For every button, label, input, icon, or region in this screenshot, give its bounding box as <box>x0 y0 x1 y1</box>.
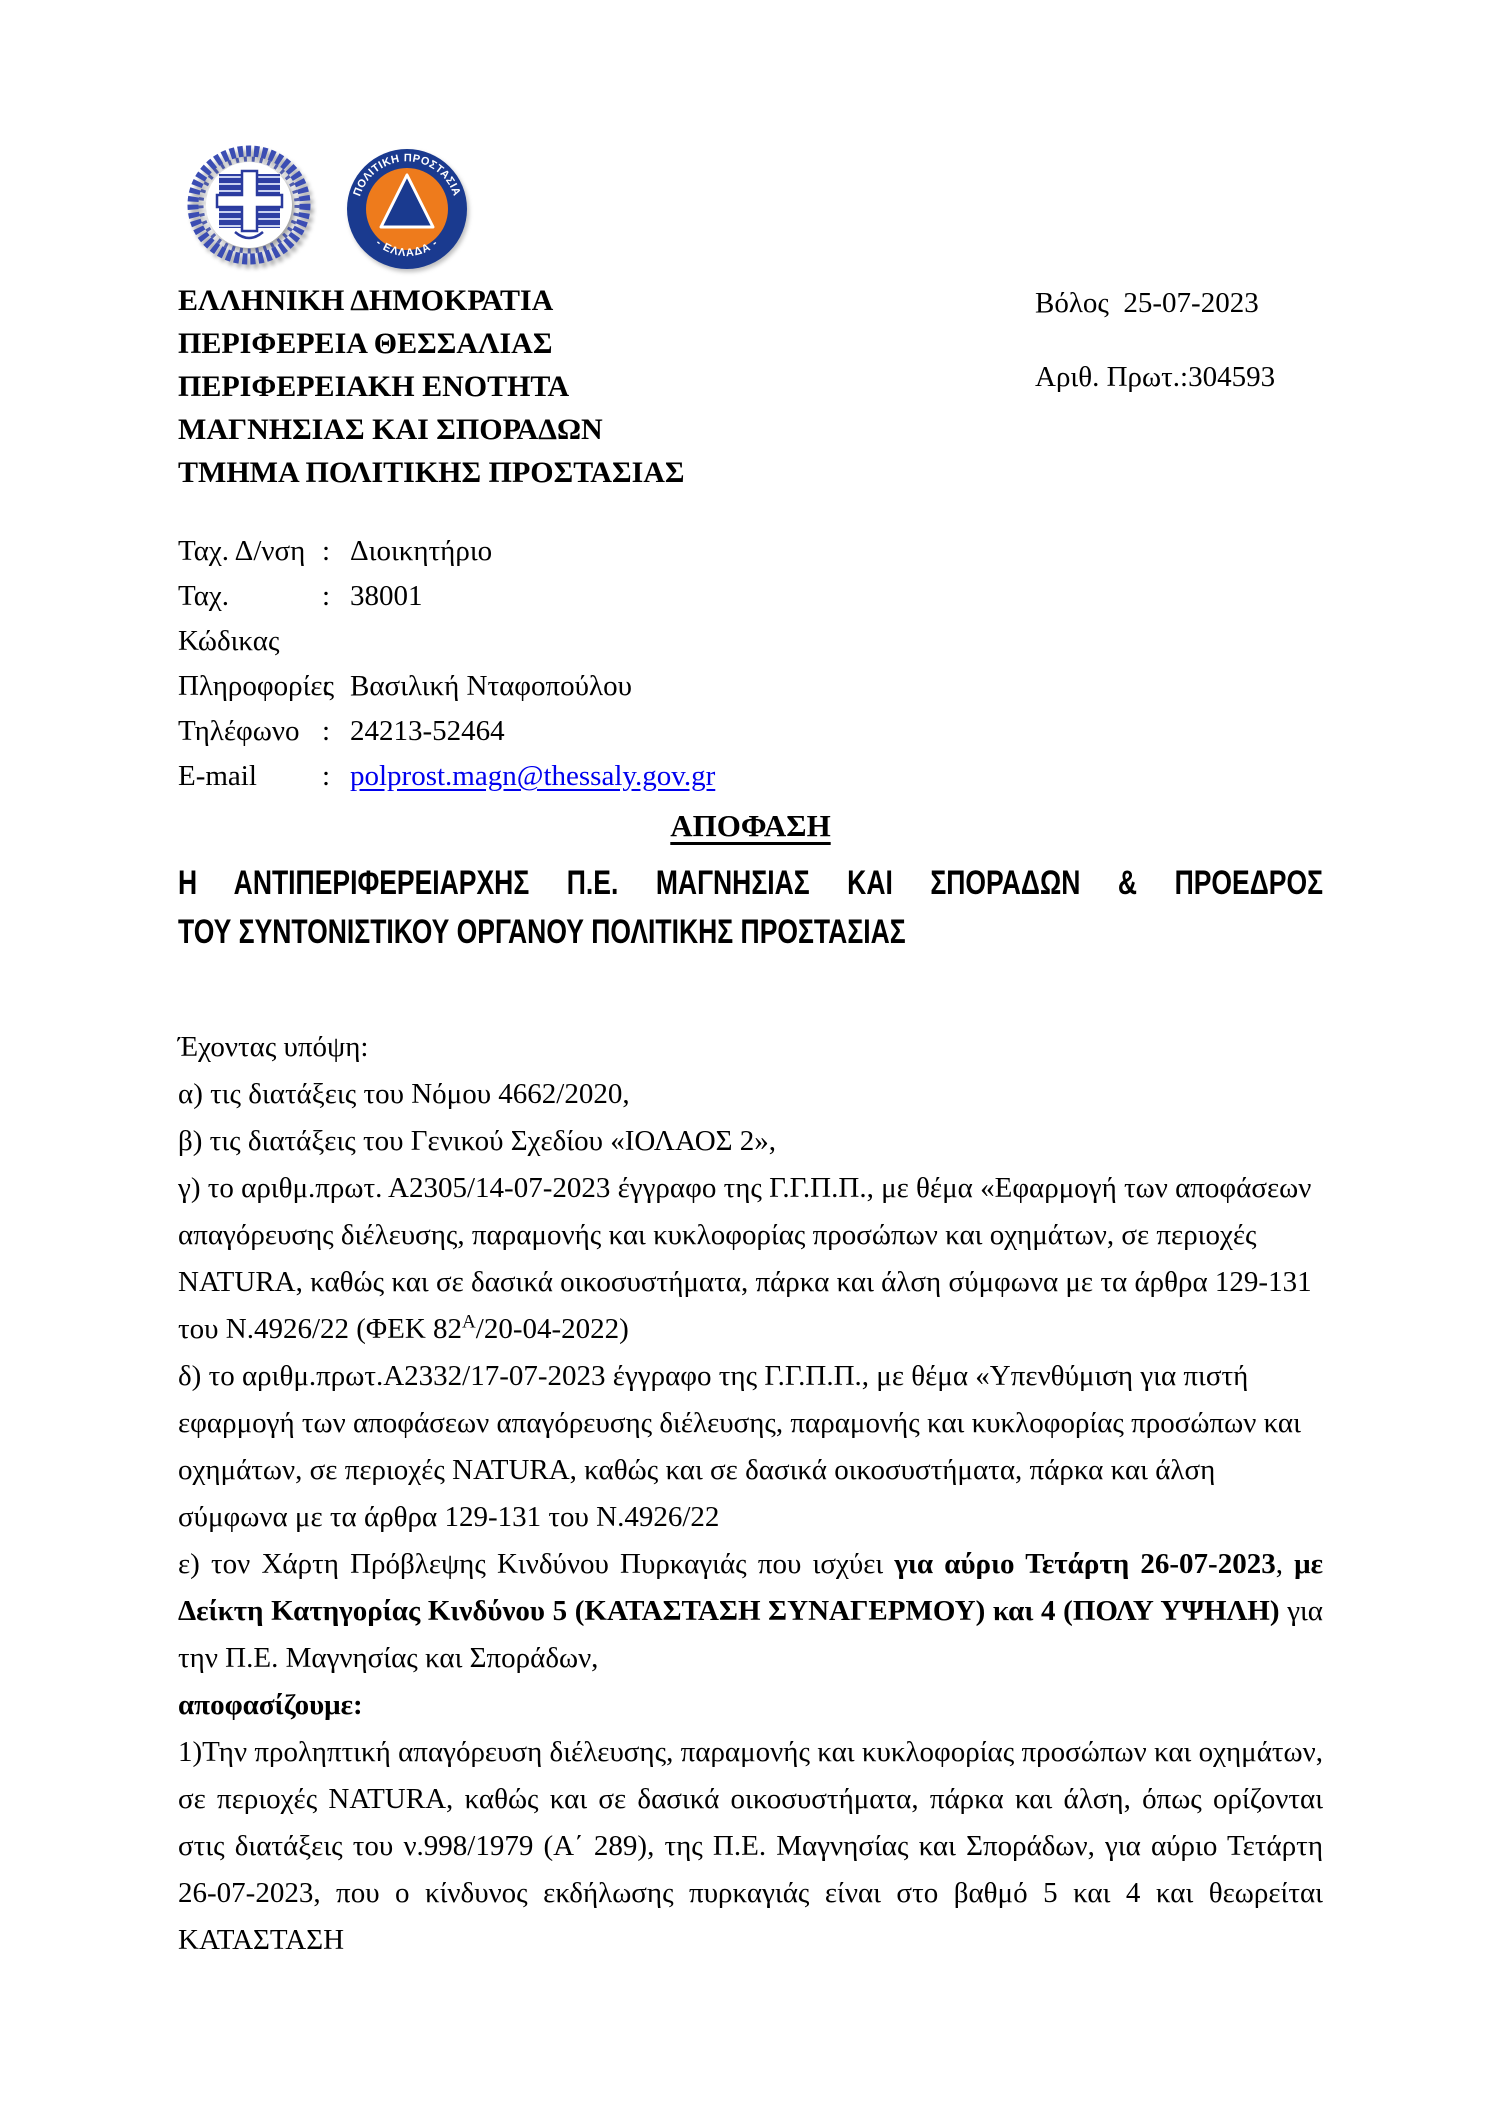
item-c-superscript: Α <box>462 1311 476 1332</box>
contact-value: Βασιλική Νταφοπούλου <box>350 664 938 709</box>
contact-label: Ταχ. Δ/νση <box>178 529 322 574</box>
decision-subtitle-line2: ΤΟΥ ΣΥΝΤΟΝΙΣΤΙΚΟΥ ΟΡΓΑΝΟΥ ΠΟΛΙΤΙΚΗΣ ΠΡΟΣ… <box>178 908 1323 957</box>
document-body: Έχοντας υπόψη: α) τις διατάξεις του Νόμο… <box>178 1024 1323 1964</box>
item-b: β) τις διατάξεις του Γενικού Σχεδίου «ΙΟ… <box>178 1118 1323 1165</box>
item-c: γ) το αριθμ.πρωτ. Α2305/14-07-2023 έγγρα… <box>178 1165 1323 1353</box>
contact-separator: : <box>322 664 350 709</box>
org-line-department: ΤΜΗΜΑ ΠΟΛΙΤΙΚΗΣ ΠΡΟΣΤΑΣΙΑΣ <box>178 451 898 494</box>
contact-row-information: Πληροφορίες : Βασιλική Νταφοπούλου <box>178 664 938 709</box>
contact-separator: : <box>322 754 350 799</box>
org-header-block: ΕΛΛΗΝΙΚΗ ΔΗΜΟΚΡΑΤΙΑ ΠΕΡΙΦΕΡΕΙΑ ΘΕΣΣΑΛΙΑΣ… <box>178 279 898 494</box>
contact-row-email: E-mail : polprost.magn@thessaly.gov.gr <box>178 754 938 799</box>
contact-value: Διοικητήριο <box>350 529 938 574</box>
contact-row-telephone: Τηλέφωνο : 24213-52464 <box>178 709 938 754</box>
item-e-text: ε) τον Χάρτη Πρόβλεψης Κινδύνου Πυρκαγιά… <box>178 1548 894 1580</box>
org-line-unit: ΠΕΡΙΦΕΡΕΙΑΚΗ ΕΝΟΤΗΤΑ <box>178 365 898 408</box>
contact-label: E-mail <box>178 754 322 799</box>
contact-row-postal-code: Ταχ. Κώδικας : 38001 <box>178 574 938 664</box>
decision-title-text: ΑΠΟΦΑΣΗ <box>670 808 830 843</box>
org-line-republic: ΕΛΛΗΝΙΚΗ ΔΗΜΟΚΡΑΤΙΑ <box>178 279 898 322</box>
decide-label: αποφασίζουμε: <box>178 1682 1323 1729</box>
contact-row-address: Ταχ. Δ/νση : Διοικητήριο <box>178 529 938 574</box>
decision-subtitle-line1: Η ΑΝΤΙΠΕΡΙΦΕΡΕΙΑΡΧΗΣ Π.Ε. ΜΑΓΝΗΣΙΑΣ ΚΑΙ … <box>178 859 1323 908</box>
considering-intro: Έχοντας υπόψη: <box>178 1024 1323 1071</box>
document-page: ΠΟΛΙΤΙΚΗ ΠΡΟΣΤΑΣΙΑ - ΕΛΛΑΔΑ - ΕΛΛΗΝΙΚΗ Δ… <box>0 0 1500 2123</box>
contact-value: 38001 <box>350 574 938 664</box>
contact-label: Ταχ. Κώδικας <box>178 574 322 664</box>
item-e: ε) τον Χάρτη Πρόβλεψης Κινδύνου Πυρκαγιά… <box>178 1541 1323 1682</box>
item-e-text-2: , <box>1276 1548 1294 1580</box>
item-c-text-2: /20-04-2022) <box>476 1313 629 1345</box>
contact-info-block: Ταχ. Δ/νση : Διοικητήριο Ταχ. Κώδικας : … <box>178 529 938 799</box>
decision-subtitle: Η ΑΝΤΙΠΕΡΙΦΕΡΕΙΑΡΧΗΣ Π.Ε. ΜΑΓΝΗΣΙΑΣ ΚΑΙ … <box>178 859 1323 957</box>
item-e-bold-date: για αύριο Τετάρτη 26-07-2023 <box>894 1548 1275 1580</box>
contact-value: 24213-52464 <box>350 709 938 754</box>
item-c-text: γ) το αριθμ.πρωτ. Α2305/14-07-2023 έγγρα… <box>178 1172 1312 1345</box>
decision-title: ΑΠΟΦΑΣΗ <box>178 808 1323 844</box>
hellenic-republic-emblem-icon <box>181 144 319 268</box>
org-line-unit2: ΜΑΓΝΗΣΙΑΣ ΚΑΙ ΣΠΟΡΑΔΩΝ <box>178 408 898 451</box>
civil-protection-logo-icon: ΠΟΛΙΤΙΚΗ ΠΡΟΣΤΑΣΙΑ - ΕΛΛΑΔΑ - <box>346 148 468 270</box>
place-and-date: Βόλος 25-07-2023 <box>1035 287 1259 320</box>
item-d: δ) το αριθμ.πρωτ.Α2332/17-07-2023 έγγραφ… <box>178 1353 1323 1541</box>
protocol-number: Αριθ. Πρωτ.:304593 <box>1035 361 1275 394</box>
contact-label: Πληροφορίες <box>178 664 322 709</box>
email-link[interactable]: polprost.magn@thessaly.gov.gr <box>350 760 715 792</box>
item-a: α) τις διατάξεις του Νόμου 4662/2020, <box>178 1071 1323 1118</box>
contact-label: Τηλέφωνο <box>178 709 322 754</box>
org-line-region: ΠΕΡΙΦΕΡΕΙΑ ΘΕΣΣΑΛΙΑΣ <box>178 322 898 365</box>
item-1: 1)Την προληπτική απαγόρευση διέλευσης, π… <box>178 1729 1323 1964</box>
contact-separator: : <box>322 529 350 574</box>
contact-separator: : <box>322 574 350 664</box>
contact-separator: : <box>322 709 350 754</box>
